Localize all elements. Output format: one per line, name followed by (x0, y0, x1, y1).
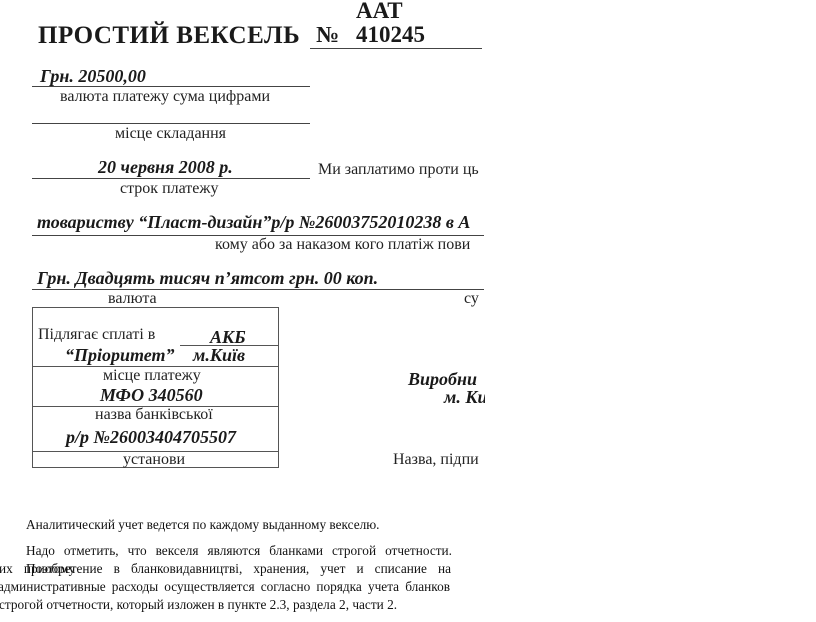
promise-text: Ми заплатимо проти ць (318, 161, 479, 179)
bank-name-line2: “Пріоритет” (65, 345, 175, 366)
place-of-payment-caption: місце платежу (103, 367, 201, 385)
bank-city: м.Київ (193, 345, 245, 366)
paragraph-line-4: строгой отчетности, который изложен в пу… (0, 596, 451, 614)
due-date-line (32, 178, 310, 179)
amount-digits-line (32, 86, 310, 87)
paragraph-analytic-accounting: Аналитический учет ведется по каждому вы… (0, 516, 452, 534)
issuer-city: м. Ки (444, 387, 485, 408)
paragraph-line-2: их приобретение в бланковидавництві, хра… (0, 560, 451, 578)
series-code: ААТ (356, 0, 403, 24)
due-date-caption: строк платежу (120, 180, 218, 198)
paragraph-line-3: административные расходы осуществляется … (0, 578, 450, 596)
amount-words-caption-currency: валюта (108, 290, 157, 308)
promissory-note-form: ПРОСТИЙ ВЕКСЕЛЬ ААТ № 410245 Грн. 20500,… (0, 0, 485, 480)
payee-value: товариству “Пласт-дизайн”р/р №2600375201… (37, 212, 470, 233)
document-title: ПРОСТИЙ ВЕКСЕЛЬ (38, 22, 300, 50)
place-of-issue-caption: місце складання (115, 125, 226, 143)
number-sign: № (316, 22, 339, 48)
institution-caption: установи (123, 451, 185, 469)
due-date-value: 20 червня 2008 р. (98, 157, 233, 178)
amount-words-caption-sum: су (464, 290, 479, 308)
issuer-signature-caption: Назва, підпи (393, 451, 479, 469)
amount-words-value: Грн. Двадцять тисяч п’ятсот грн. 00 коп. (37, 268, 378, 289)
amount-digits-caption: валюта платежу сума цифрами (60, 88, 270, 106)
amount-words-line (32, 289, 484, 290)
note-number: 410245 (356, 22, 425, 48)
amount-digits-value: Грн. 20500,00 (40, 66, 146, 87)
payable-at-label: Підлягає сплаті в (38, 326, 155, 344)
bank-name-caption: назва банківської (95, 406, 213, 424)
number-underline (310, 48, 482, 49)
mfo-code: МФО 340560 (100, 385, 203, 406)
bank-account: р/р №26003404705507 (66, 427, 236, 448)
payee-caption: кому або за наказом кого платіж пови (215, 236, 470, 254)
place-of-issue-line (32, 123, 310, 124)
